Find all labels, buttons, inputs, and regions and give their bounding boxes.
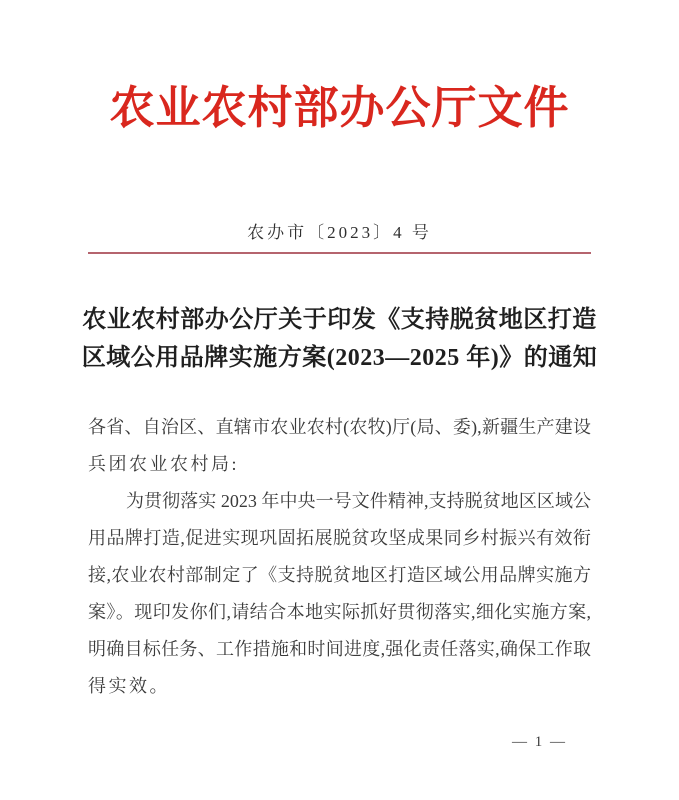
document-title-line-1: 农业农村部办公厅关于印发《支持脱贫地区打造 xyxy=(40,301,639,339)
document-title-line-2: 区域公用品牌实施方案(2023—2025 年)》的通知 xyxy=(40,339,639,377)
document-body: 各省、自治区、直辖市农业农村(农牧)厅(局、委),新疆生产建设 兵团农业农村局:… xyxy=(88,409,591,705)
body-line-paragraph-5: 明确目标任务、工作措施和时间进度,强化责任落实,确保工作取 xyxy=(88,631,591,668)
body-line-salutation-1: 各省、自治区、直辖市农业农村(农牧)厅(局、委),新疆生产建设 xyxy=(88,409,591,446)
document-number: 农办市〔2023〕4 号 xyxy=(0,221,679,245)
document-title: 农业农村部办公厅关于印发《支持脱贫地区打造 区域公用品牌实施方案(2023—20… xyxy=(40,301,639,377)
body-line-paragraph-3: 接,农业农村部制定了《支持脱贫地区打造区域公用品牌实施方 xyxy=(88,557,591,594)
body-line-paragraph-4: 案》。现印发你们,请结合本地实际抓好贯彻落实,细化实施方案, xyxy=(88,594,591,631)
red-divider-rule xyxy=(88,252,591,254)
body-line-salutation-2: 兵团农业农村局: xyxy=(88,446,591,483)
body-line-paragraph-1: 为贯彻落实 2023 年中央一号文件精神,支持脱贫地区区域公 xyxy=(88,483,591,520)
body-line-paragraph-2: 用品牌打造,促进实现巩固拓展脱贫攻坚成果同乡村振兴有效衔 xyxy=(88,520,591,557)
body-line-paragraph-6: 得实效。 xyxy=(88,668,591,705)
document-page: 农业农村部办公厅文件 农办市〔2023〕4 号 农业农村部办公厅关于印发《支持脱… xyxy=(0,0,679,800)
page-number: — 1 — xyxy=(512,731,567,753)
document-header-title: 农业农村部办公厅文件 xyxy=(0,82,679,134)
